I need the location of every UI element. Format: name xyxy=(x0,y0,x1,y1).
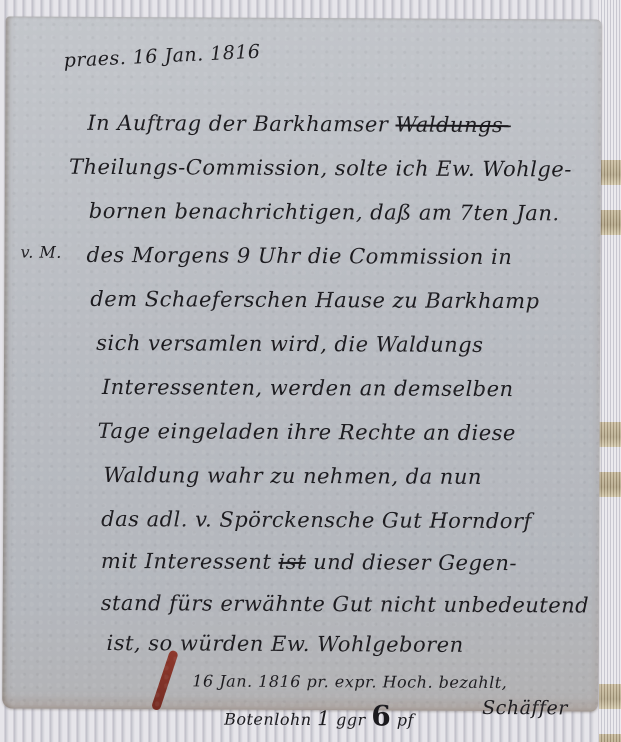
body-line-text: mit Interessent xyxy=(101,549,271,574)
body-line-5: dem Schaeferschen Hause zu Barkhamp xyxy=(90,289,539,312)
fee-amount-2: 6 xyxy=(371,699,391,732)
body-line-11: mit Interessent ist und dieser Gegen- xyxy=(101,551,517,574)
fee-unit: ggr xyxy=(336,710,366,729)
fee-suffix: pf xyxy=(397,711,414,730)
fee-amount-1: 1 xyxy=(317,706,330,730)
body-line-2: Theilungs-Commission, solte ich Ew. Wohl… xyxy=(69,157,572,181)
body-line-8: Tage eingeladen ihre Rechte an diese xyxy=(98,421,516,444)
cloth-background-stripes xyxy=(599,0,621,742)
body-line-text: In Auftrag der Barkhamser xyxy=(87,111,388,137)
header-date-note: praes. 16 Jan. 1816 xyxy=(63,43,261,71)
body-line-12: stand fürs erwähnte Gut nicht unbedeuten… xyxy=(101,593,590,617)
body-line-13: ist, so würden Ew. Wohlgeboren xyxy=(106,633,463,656)
margin-note: v. M. xyxy=(21,245,62,261)
body-line-6: sich versamlen wird, die Waldungs xyxy=(96,333,483,356)
footer-receipt-line: 16 Jan. 1816 pr. expr. Hoch. bezahlt, xyxy=(192,673,507,691)
letter-paper: praes. 16 Jan. 1816 v. M. In Auftrag der… xyxy=(2,16,602,711)
body-line-7: Interessenten, werden an demselben xyxy=(102,377,514,400)
body-line-4: des Morgens 9 Uhr die Commission in xyxy=(87,245,513,268)
body-line-9: Waldung wahr zu nehmen, da nun xyxy=(103,465,482,488)
fee-label: Botenlohn xyxy=(224,710,312,729)
body-line-text: und dieser Gegen- xyxy=(313,550,517,575)
footer-fee-line: Botenlohn 1 ggr 6 pf xyxy=(224,702,414,731)
signature: Schäffer xyxy=(482,699,568,718)
struck-word: ist xyxy=(278,550,306,574)
red-wax-mark xyxy=(151,649,179,711)
body-line-1: In Auftrag der Barkhamser Waldungs- xyxy=(87,113,511,136)
struck-word: Waldungs- xyxy=(395,112,510,137)
body-line-10: das adl. v. Spörckensche Gut Horndorf xyxy=(101,509,532,532)
body-line-3: bornen benachrichtigen, daß am 7ten Jan. xyxy=(89,201,560,224)
